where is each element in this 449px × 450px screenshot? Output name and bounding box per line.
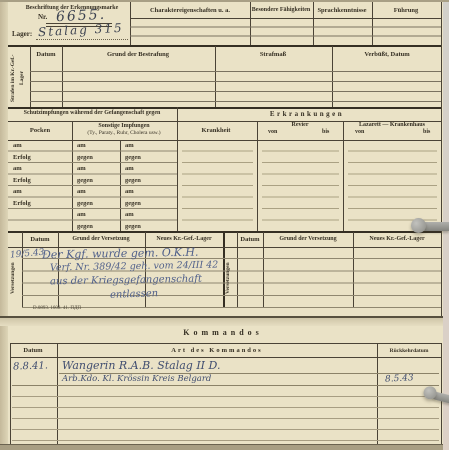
revier-header: Revier bbox=[292, 122, 309, 128]
strafen-strafmass-header: Strafmaß bbox=[260, 51, 286, 58]
sonstige-header: Sonstige Impfungen bbox=[98, 123, 149, 129]
print-code: D.0893. 1608. 41. ПДП bbox=[33, 306, 81, 311]
divider bbox=[257, 121, 258, 232]
versetzungen-grund-header: Grund der Versetzung bbox=[279, 236, 336, 242]
traits-col1-header: Charaktereigenschaften u. a. bbox=[150, 7, 230, 14]
ruled-lines bbox=[130, 18, 441, 45]
traits-col4-header: Führung bbox=[394, 7, 419, 14]
versetzungen-lager-header: Neues Kr.-Gef.-Lager bbox=[156, 236, 211, 242]
impfungen-title: Schutzimpfungen während der Gefangenscha… bbox=[24, 110, 161, 116]
versetzungen-side-label: Versetzungen bbox=[224, 250, 237, 306]
pocken-cell: am bbox=[8, 186, 72, 198]
lazarett-bis-label: bis bbox=[423, 129, 430, 135]
card-gap bbox=[0, 318, 443, 326]
pocken-cell: Erfolg bbox=[8, 152, 72, 164]
impfung-cell: gegen bbox=[72, 152, 120, 164]
versetzungen-grund-header: Grund der Versetzung bbox=[72, 236, 129, 242]
impfung-cell: gegen bbox=[72, 175, 120, 187]
impfung-cell: gegen bbox=[120, 198, 172, 210]
scan-left-edge bbox=[0, 0, 8, 450]
impfung-cell: am bbox=[72, 140, 120, 152]
ruled-lines bbox=[12, 386, 439, 446]
card2-bottom-band bbox=[0, 445, 443, 450]
impfung-cell: gegen bbox=[120, 175, 172, 187]
impfung-cell: am bbox=[120, 163, 172, 175]
impfung-cell: gegen bbox=[72, 198, 120, 210]
nr-label: Nr. bbox=[38, 13, 47, 21]
fastener-pin bbox=[408, 214, 449, 238]
lager-value-handwritten: Stalag 315 bbox=[38, 21, 124, 39]
pocken-cell: am bbox=[8, 163, 72, 175]
pocken-cell: Erfolg bbox=[8, 175, 72, 187]
kommandos-art-header: Art des Kommandos bbox=[171, 347, 262, 354]
pin-head bbox=[411, 218, 426, 233]
krankheit-header: Krankheit bbox=[202, 127, 231, 134]
revier-von-label: von bbox=[268, 129, 277, 135]
impfung-cell: am bbox=[72, 209, 120, 221]
traits-col3-header: Sprachkenntnisse bbox=[317, 7, 366, 14]
impfung-cell: am bbox=[120, 186, 172, 198]
lager-dotted-line bbox=[36, 39, 128, 40]
ruled-lines bbox=[182, 140, 253, 232]
lager-label: Lager: bbox=[12, 30, 32, 38]
strafen-side-label: Strafen im Kr.-Gef.-Lager bbox=[9, 50, 29, 106]
transfer-entry-line4: entlassen bbox=[110, 288, 159, 301]
divider bbox=[177, 107, 178, 232]
ruled-lines bbox=[30, 62, 441, 107]
strafen-verbuesst-header: Verbüßt, Datum bbox=[364, 51, 409, 58]
transfer-entry-line1: Der Kgf. wurde gem. O.K.H. bbox=[42, 246, 199, 262]
impfung-cell: am bbox=[72, 163, 120, 175]
kommando-row1-line2: Arb.Kdo. Kl. Krössin Kreis Belgard bbox=[62, 374, 211, 384]
versetzungen-datum-header: Datum bbox=[30, 236, 49, 243]
kommandos-rueckkehr-header: Rückkehrdatum bbox=[390, 348, 429, 354]
traits-col2-header: Besondere Fähigkeiten bbox=[252, 7, 310, 13]
kommandos-title: Kommandos bbox=[183, 328, 263, 337]
lazarett-von-label: von bbox=[355, 129, 364, 135]
pocken-cell bbox=[8, 209, 72, 221]
ruled-lines bbox=[262, 140, 339, 232]
scan-top-edge bbox=[0, 0, 449, 2]
vaccination-grid: am am am Erfolg gegen gegen am am am Erf… bbox=[8, 140, 172, 232]
impfung-cell: am bbox=[120, 140, 172, 152]
lazarett-header: Lazarett — Krankenhaus bbox=[359, 122, 425, 128]
versetzungen-datum-header: Datum bbox=[240, 236, 259, 243]
section-divider bbox=[8, 107, 441, 109]
impfung-cell: am bbox=[72, 186, 120, 198]
divider bbox=[10, 343, 11, 446]
kommando-row1-line1: Wangerin R.A.B. Stalag II D. bbox=[62, 359, 220, 372]
impfung-cell: am bbox=[120, 209, 172, 221]
pocken-cell: am bbox=[8, 140, 72, 152]
strafen-datum-header: Datum bbox=[36, 51, 55, 58]
card-right-border bbox=[441, 2, 442, 316]
kommando-row1-return-date: 8.5.43 bbox=[385, 373, 414, 384]
pow-record-card-scan: Beschriftung der Erkennungsmarke Nr. 665… bbox=[0, 0, 449, 450]
pocken-cell: Erfolg bbox=[8, 198, 72, 210]
section-divider bbox=[8, 45, 441, 47]
impfung-cell: gegen bbox=[120, 152, 172, 164]
strafen-grund-header: Grund der Bestrafung bbox=[107, 51, 169, 58]
revier-bis-label: bis bbox=[322, 129, 329, 135]
kommando-row1-date: 8.8.41. bbox=[13, 360, 48, 372]
kommandos-datum-header: Datum bbox=[23, 347, 42, 354]
erkrankungen-title: Erkrankungen bbox=[270, 110, 344, 118]
pocken-header: Pocken bbox=[30, 127, 50, 134]
divider bbox=[343, 121, 344, 232]
sonstige-subheader: (Ty., Paraty., Ruhr, Cholera usw.) bbox=[87, 130, 160, 136]
